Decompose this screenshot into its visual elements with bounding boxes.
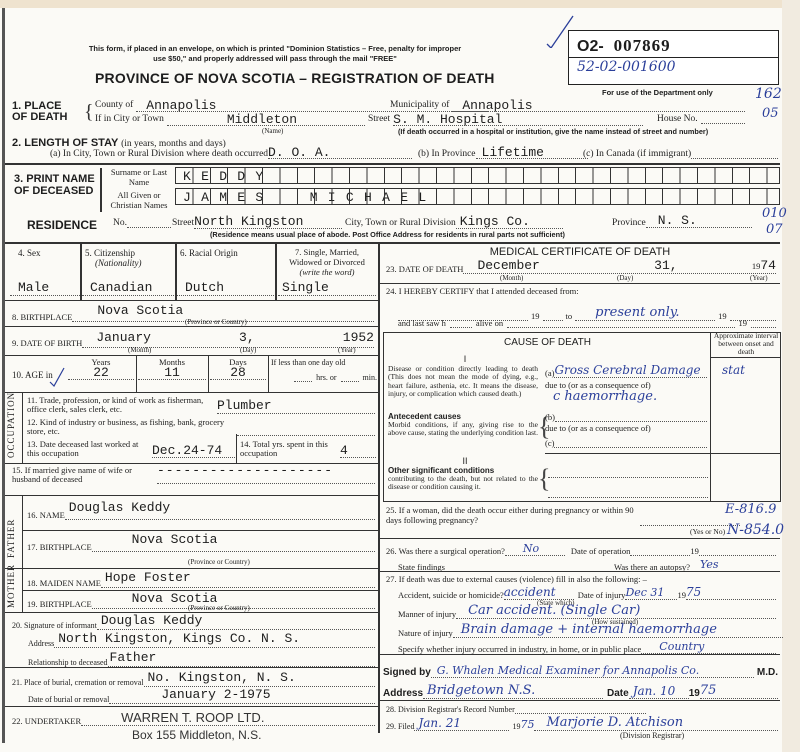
citizenship-label: 5. Citizenship (Nationality): [85, 248, 175, 268]
signed-address-row: Address Bridgetown N.S. Date Jan. 10 19 …: [383, 683, 778, 699]
sex-value: Male: [10, 280, 80, 296]
age-months: Months 11: [138, 358, 206, 380]
burial-date-label: Date of burial or removal: [28, 687, 109, 704]
length-of-stay-label: 2. LENGTH OF STAY (in years, months and …: [12, 137, 226, 149]
less-day-label: If less than one day old: [271, 358, 377, 367]
mother-maiden-label: 18. MAIDEN NAME: [27, 570, 101, 588]
trade-value: Plumber: [217, 399, 375, 414]
dod-month: December: [477, 258, 539, 273]
md-label: M.D.: [757, 667, 778, 678]
city-label: If in City or Town: [95, 114, 164, 126]
undertaker-address: Box 155 Middleton, N.S.: [132, 728, 261, 742]
pregnancy-question-label: 25. If a woman, did the death occur eith…: [386, 505, 636, 525]
house-field: House No.: [657, 114, 745, 124]
record-number-row: 28. Division Registrar's Record Number: [386, 705, 646, 714]
father-birthplace-sub: (Province or Country): [188, 558, 250, 566]
years-spent-value: 4: [340, 444, 376, 458]
date-of-death-label: 23. DATE OF DEATH: [386, 258, 463, 274]
days-value: 28: [210, 367, 266, 380]
year-sub: (Year): [338, 346, 356, 354]
street-value: S. M. Hospital: [393, 114, 643, 126]
age-label: 10. AGE in: [12, 370, 53, 380]
trade-field: 11. Trade, profession, or kind of work a…: [27, 396, 375, 414]
last-saw-label: and last saw h: [398, 318, 446, 328]
signed-date-value: Jan. 10: [629, 684, 689, 699]
divider: [136, 355, 137, 392]
surgery-value: No: [505, 542, 565, 556]
mother-birthplace-sub: (Province or Country): [188, 604, 250, 612]
filed-row: 29. Filed Jan. 21 19 75 Marjorie D. Atch…: [386, 715, 778, 731]
yes-no-sub: (Yes or No): [690, 527, 725, 536]
divider: [378, 571, 780, 572]
divider: [208, 355, 209, 392]
stay-province-value: Lifetime: [476, 149, 588, 159]
divider: [378, 700, 780, 701]
marital-label: 7. Single, Married, Widowed or Divorced …: [278, 247, 376, 277]
code-n: N-854.0: [727, 522, 784, 538]
dept-only-note: For use of the Department only: [602, 88, 713, 97]
last-saw-19: 19: [739, 318, 748, 328]
dod-year-sub: (Year): [750, 274, 768, 282]
stay-province-field: (b) In Province Lifetime: [418, 149, 588, 159]
specify-label: Specify whether injury occurred in indus…: [398, 644, 641, 654]
divider: [22, 530, 378, 531]
divider: [22, 495, 23, 568]
house-label: House No.: [657, 114, 698, 124]
dob-value: January 3, 1952: [82, 330, 374, 348]
surname-boxes: KEDDY: [175, 167, 780, 184]
relationship-label: Relationship to deceased: [28, 650, 108, 667]
divider: [545, 453, 781, 454]
divider: [5, 568, 378, 569]
divider: [5, 495, 378, 496]
reg-handwritten: 52-02-001600: [569, 58, 778, 75]
divider: [22, 392, 23, 463]
dob-field: 9. DATE OF BIRTH January 3, 1952: [12, 330, 374, 348]
filed-value: Jan. 21: [414, 716, 509, 731]
surname-label: Surname or Last Name: [104, 167, 174, 187]
filed-19: 19: [512, 722, 520, 731]
dod-day: 31,: [654, 258, 677, 273]
signed-by-value: G. Whalen Medical Examiner for Annapolis…: [431, 664, 754, 678]
length-of-stay-sub: (in years, months and days): [121, 139, 226, 149]
reg-number: 007869: [614, 36, 671, 55]
burial-place-value: No. Kingston, N. S.: [144, 670, 375, 687]
op-date-19: 19: [690, 546, 699, 556]
racial-origin-label: 6. Racial Origin: [180, 248, 238, 258]
op-date-label: Date of operation: [571, 546, 630, 556]
residence-street-field: Street North Kingston: [172, 216, 342, 229]
street-field: Street S. M. Hospital: [368, 114, 643, 126]
day-sub: (Day): [240, 346, 256, 354]
residence-city-label: City, Town or Rural Division: [345, 216, 456, 229]
scan-edge-right: [782, 0, 800, 752]
other-line-1: [548, 470, 708, 478]
months-value: 11: [138, 367, 206, 380]
years-spent-label: 14. Total yrs. spent in this occupation: [240, 440, 340, 458]
residence-province-label: Province: [612, 216, 646, 228]
citizenship-sub: (Nationality): [85, 258, 175, 268]
filed-year: 75: [520, 718, 534, 731]
mother-maiden-field: 18. MAIDEN NAMEHope Foster: [27, 570, 375, 588]
other-conditions-label: contributing to the death, but not relat…: [388, 475, 538, 492]
relationship-field: Relationship to deceasedFather: [28, 650, 375, 667]
stay-city-value: D. O. A.: [268, 149, 412, 159]
month-sub: (Month): [128, 346, 151, 354]
residence-street-value: North Kingston: [194, 216, 342, 229]
interval-label: Approximate interval between onset and d…: [711, 332, 781, 356]
industry-label: 12. Kind of industry or business, as fis…: [27, 418, 237, 436]
age-years: Years 22: [68, 358, 134, 380]
autopsy-value: Yes: [690, 558, 776, 572]
divider: [5, 326, 378, 327]
stay-canada-field: (c) In Canada (if immigrant): [583, 149, 778, 159]
divider: [378, 283, 780, 284]
name-label: 3. PRINT NAME OF DECEASED: [14, 173, 104, 197]
divider: [275, 243, 277, 300]
manner-label: Manner of injury: [398, 609, 456, 619]
form-title: PROVINCE OF NOVA SCOTIA – REGISTRATION O…: [95, 70, 495, 86]
divider: [268, 355, 269, 392]
cause-b-field: (b): [545, 412, 707, 422]
given-label: All Given or Christian Names: [104, 190, 174, 210]
manner-row: Manner of injury Car accident. (Single C…: [398, 603, 776, 619]
father-birthplace-label: 17. BIRTHPLACE: [27, 532, 92, 552]
signed-date-label: Date: [607, 688, 629, 699]
mail-notice: This form, if placed in an envelope, on …: [55, 44, 495, 64]
nature-label: Nature of injury: [398, 628, 453, 638]
findings-row: State findings Was there an autopsy? Yes: [398, 558, 776, 572]
signed-address-value: Bridgetown N.S.: [423, 683, 603, 699]
injury-date-value: Dec 31: [625, 586, 677, 600]
residence-city-value: Kings Co.: [456, 216, 563, 229]
occupation-side-label: OCCUPATION: [6, 398, 16, 458]
stay-canada-label: (c) In Canada (if immigrant): [583, 149, 691, 159]
divider: [5, 242, 780, 244]
margin-code: 010: [762, 206, 787, 221]
racial-origin-value: Dutch: [177, 280, 274, 296]
city-field: If in City or Town Middleton: [95, 114, 365, 126]
cause-a-interval: stat: [722, 363, 745, 377]
divider: [5, 163, 780, 165]
residence-note: (Residence means usual place of abode. P…: [210, 230, 565, 239]
divider: [5, 300, 378, 301]
injury-year: 75: [686, 585, 776, 600]
sex-label: 4. Sex: [18, 248, 41, 258]
informant-address-label: Address: [28, 631, 54, 648]
marital-title: 7. Single, Married, Widowed or Divorced: [278, 247, 376, 267]
signed-by-label: Signed by: [383, 667, 431, 678]
specify-row: Specify whether injury occurred in indus…: [398, 640, 776, 654]
divider: [5, 355, 378, 356]
pregnancy-answer: [640, 518, 740, 526]
burial-date-value: January 2-1975: [109, 687, 375, 704]
registration-number-box: O2-007869 52-02-001600: [568, 30, 779, 85]
cause-c-field: (c): [545, 438, 707, 448]
last-worked-value: Dec.24-74: [152, 444, 237, 458]
burial-place-label: 21. Place of burial, cremation or remova…: [12, 670, 144, 687]
signed-19: 19: [689, 688, 700, 699]
record-number-label: 28. Division Registrar's Record Number: [386, 705, 515, 714]
dod-day-sub: (Day): [617, 274, 633, 282]
mother-side-label: MOTHER: [6, 572, 16, 608]
antecedent-label: Morbid conditions, if any, giving rise t…: [388, 421, 538, 438]
filed-label: 29. Filed: [386, 722, 414, 731]
informant-signature-label: 20. Signature of informant: [12, 613, 97, 630]
undertaker-label: 22. UNDERTAKER: [12, 710, 81, 726]
birthplace-sub: (Province or Country): [185, 318, 247, 326]
municipality-label: Municipality of: [390, 100, 449, 112]
mother-birthplace-label: 19. BIRTHPLACE: [27, 591, 92, 609]
surgery-label: 26. Was there a surgical operation?: [386, 546, 505, 556]
industry-field: 12. Kind of industry or business, as fis…: [27, 418, 375, 436]
street-label: Street: [368, 114, 390, 126]
years-spent-field: 14. Total yrs. spent in this occupation4: [240, 440, 376, 458]
dod-month-sub: (Month): [500, 274, 523, 282]
divider: [710, 357, 781, 358]
divider: [5, 667, 378, 668]
residence-label: RESIDENCE: [27, 218, 97, 232]
spouse-field: 15. If married give name of wife or husb…: [12, 466, 375, 484]
signed-address-label: Address: [383, 688, 423, 699]
informant-address-field: AddressNorth Kingston, Kings Co. N. S.: [28, 631, 375, 648]
cause-a2-value: c haemorrhage.: [553, 389, 657, 404]
undertaker-value: WARREN T. ROOP LTD.: [81, 710, 375, 726]
nature-value: Brain damage + internal haemorrhage: [453, 622, 783, 638]
divider: [5, 392, 378, 393]
registrar-signature: Marjorie D. Atchison: [534, 715, 778, 731]
certify-label: 24. I HEREBY CERTIFY that I attended dec…: [386, 286, 579, 296]
checkmark-icon: [48, 366, 68, 388]
surgery-row: 26. Was there a surgical operation? No D…: [386, 542, 776, 556]
code-e: E-816.9: [725, 502, 776, 517]
external-causes-label: 27. If death was due to external causes …: [386, 574, 647, 584]
municipality-value: Annapolis: [452, 100, 745, 112]
cause-a-value: Gross Cerebral Damage: [554, 363, 707, 378]
place-of-death-label: 1. PLACE OF DEATH: [12, 101, 72, 123]
medical-certificate-title: MEDICAL CERTIFICATE OF DEATH: [380, 246, 780, 258]
informant-address-value: North Kingston, Kings Co. N. S.: [54, 631, 375, 648]
father-name-field: 16. NAMEDouglas Keddy: [27, 500, 375, 520]
relationship-value: Father: [108, 650, 375, 667]
dob-month: January: [96, 330, 151, 347]
alive-on-label: alive on: [476, 318, 503, 328]
column-divider: [378, 243, 380, 733]
length-of-stay-title: 2. LENGTH OF STAY: [12, 137, 118, 149]
stay-city-field: (a) In City, Town or Rural Division wher…: [50, 149, 412, 159]
citizenship-title: 5. Citizenship: [85, 248, 175, 258]
informant-signature-field: 20. Signature of informantDouglas Keddy: [12, 613, 375, 630]
nature-row: Nature of injury Brain damage + internal…: [398, 622, 783, 638]
direct-cause-label: Disease or condition directly leading to…: [388, 365, 538, 398]
municipality-field: Municipality of Annapolis: [390, 100, 745, 112]
citizenship-value: Canadian: [82, 280, 174, 296]
min-label: min.: [363, 373, 377, 382]
part-1-label: I: [385, 354, 545, 364]
other-line-2: [548, 490, 708, 498]
burial-date-field: Date of burial or removalJanuary 2-1975: [28, 687, 375, 704]
hrs-label: hrs. or: [316, 373, 336, 382]
residence-city-field: City, Town or Rural Division Kings Co.: [345, 216, 563, 229]
divider: [378, 538, 780, 539]
divider: [236, 434, 237, 463]
father-name-value: Douglas Keddy: [65, 500, 375, 520]
form-left-border: [2, 8, 5, 743]
residence-no-field: No.: [113, 218, 171, 228]
marital-sub: (write the word): [278, 267, 376, 277]
date-of-death-field: 23. DATE OF DEATH December 31, 1974: [386, 258, 776, 274]
accident-row: Accident, suicide or homicide? accident …: [398, 585, 776, 600]
city-value: Middleton: [167, 114, 365, 126]
notice-line-1: This form, if placed in an envelope, on …: [55, 44, 495, 54]
residence-province-field: Province N. S.: [612, 216, 752, 228]
residence-street-label: Street: [172, 216, 194, 229]
residence-no-label: No.: [113, 218, 127, 228]
city-sub: (Name): [262, 127, 283, 135]
marital-value: Single: [278, 280, 376, 296]
cell-grid: [176, 168, 779, 183]
divider: [378, 654, 780, 655]
stay-city-label: (a) In City, Town or Rural Division wher…: [50, 149, 268, 159]
manner-value: Car accident. (Single Car): [456, 603, 776, 619]
father-birthplace-field: 17. BIRTHPLACENova Scotia: [27, 532, 375, 552]
signed-year: 75: [700, 683, 778, 699]
last-worked-label: 13. Date deceased last worked at this oc…: [27, 440, 152, 458]
registrar-sub: (Division Registrar): [620, 731, 684, 740]
mother-maiden-value: Hope Foster: [101, 570, 375, 588]
age-less-than-day: If less than one day old hrs. ormin.: [271, 358, 377, 382]
due-to-label-b: due to (or as a consequence of): [545, 423, 651, 433]
father-birthplace-value: Nova Scotia: [92, 532, 375, 552]
birthplace-label: 8. BIRTHPLACE: [12, 303, 72, 322]
hospital-note: (If death occurred in a hospital or inst…: [398, 127, 708, 136]
margin-code: 07: [766, 222, 783, 237]
specify-value: Country: [641, 640, 776, 654]
last-saw-field: and last saw halive on19: [398, 318, 776, 328]
reg-prefix: O2-: [577, 38, 604, 55]
divider: [100, 168, 102, 212]
given-names-boxes: JAMES MICHAEL: [175, 188, 780, 205]
accident-value: accident: [504, 585, 574, 600]
date-of-death-value: December 31, 1974: [463, 258, 776, 274]
age-days: Days 28: [210, 358, 266, 380]
father-name-label: 16. NAME: [27, 500, 65, 520]
cause-a-field: (a)Gross Cerebral Damage: [545, 363, 707, 378]
dob-label: 9. DATE OF BIRTH: [12, 330, 82, 348]
years-value: 22: [68, 367, 134, 380]
injury-19: 19: [677, 590, 686, 600]
last-worked-field: 13. Date deceased last worked at this oc…: [27, 440, 237, 458]
spouse-value: --------------------: [157, 466, 375, 484]
brace: {: [84, 101, 94, 124]
residence-province-value: N. S.: [646, 216, 752, 228]
cause-of-death-title: CAUSE OF DEATH: [385, 337, 710, 348]
death-registration-form: This form, if placed in an envelope, on …: [0, 0, 800, 752]
accident-label: Accident, suicide or homicide?: [398, 590, 504, 600]
signed-by-row: Signed by G. Whalen Medical Examiner for…: [383, 664, 778, 678]
part-2-label: II: [385, 456, 545, 466]
injury-date-label: Date of injury: [578, 590, 626, 600]
father-side-label: FATHER: [6, 503, 16, 558]
margin-code: 162: [755, 86, 782, 102]
undertaker-field: 22. UNDERTAKERWARREN T. ROOP LTD.: [12, 710, 375, 726]
dod-year: 74: [760, 258, 776, 273]
margin-code: 05: [762, 106, 779, 121]
spouse-label: 15. If married give name of wife or husb…: [12, 466, 157, 484]
dob-day: 3,: [239, 330, 255, 347]
cell-grid: [176, 189, 779, 204]
scan-edge-top: [0, 0, 800, 8]
trade-label: 11. Trade, profession, or kind of work a…: [27, 396, 217, 414]
stay-province-label: (b) In Province: [418, 149, 476, 159]
burial-place-field: 21. Place of burial, cremation or remova…: [12, 670, 375, 687]
notice-line-2: use $50," and properly addressed will pa…: [55, 54, 495, 64]
informant-signature-value: Douglas Keddy: [97, 613, 375, 630]
county-label: County of: [95, 100, 133, 112]
divider: [5, 706, 378, 707]
dob-year: 1952: [343, 330, 374, 347]
